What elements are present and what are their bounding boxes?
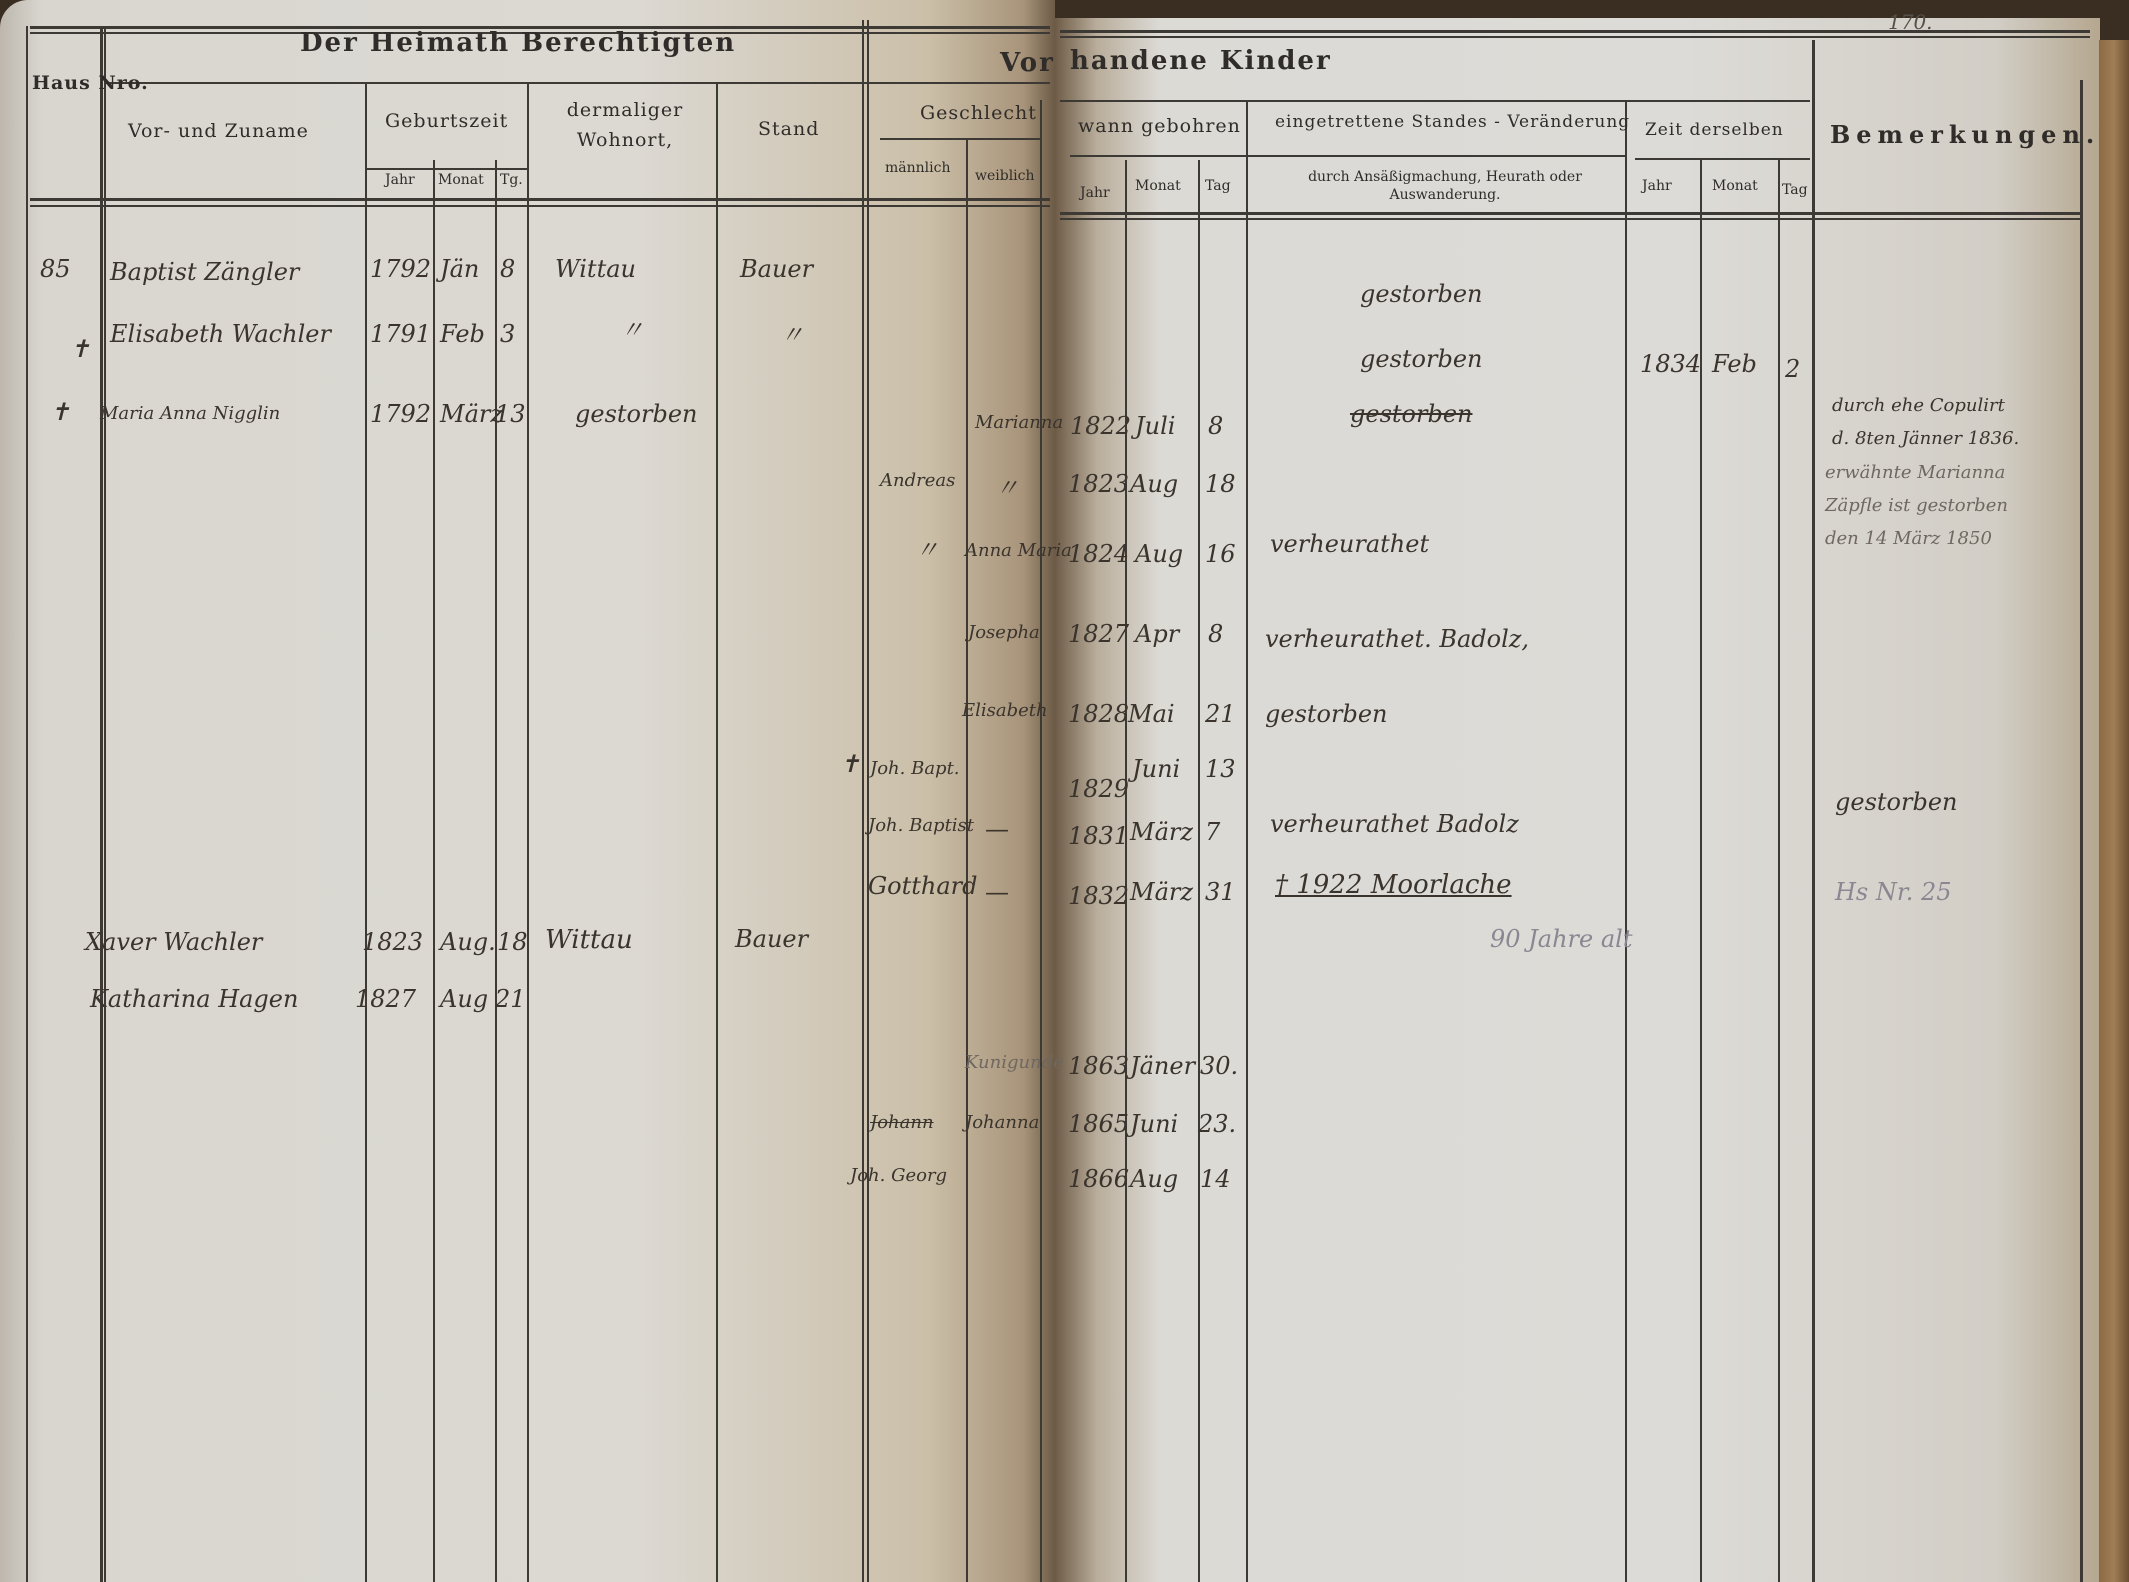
child-8-male: Gotthard (868, 872, 978, 900)
parent-1-month: Jän (440, 255, 479, 283)
change-note-3: gestorben (1350, 400, 1472, 428)
header-bottom-rule-left (30, 198, 1050, 201)
parent-2-status: 〃 (780, 315, 804, 350)
top-rule-right-2 (1060, 36, 2090, 38)
family2-child-2-month: Juni (1130, 1110, 1178, 1138)
child-1-month: Juli (1135, 412, 1175, 440)
remark-1-line-1: durch ehe Copulirt (1832, 395, 2005, 416)
child-1-female: Marianna (975, 412, 1063, 433)
col-line-born-day (1246, 100, 1248, 1582)
child-3-change: verheurathet (1270, 530, 1429, 558)
header-birth-year: Jahr (385, 172, 415, 188)
remark-3: Hs Nr. 25 (1835, 878, 1952, 906)
header-bottom-rule-right-2 (1060, 218, 2080, 220)
title-rule-right (1060, 100, 1810, 102)
parent-2-day: 3 (500, 320, 515, 348)
birth-sub-rule (365, 168, 527, 170)
col-line-haus (100, 26, 103, 1582)
family2-child-3-month: Aug (1130, 1165, 1178, 1193)
top-rule-right (1060, 30, 2090, 33)
remark-1-line-5: den 14 März 1850 (1825, 528, 1992, 549)
born-sub-rule (1070, 155, 1265, 157)
parent-2-year: 1791 (370, 320, 431, 348)
col-line-time-month (1778, 160, 1780, 1582)
header-bottom-rule-right (1060, 212, 2080, 215)
parent-3-month: März (440, 400, 503, 428)
child-2-male: Andreas (880, 470, 955, 491)
col-line-name (365, 82, 367, 1582)
margin-line-right (2080, 80, 2083, 1582)
family2-child-2-day: 23. (1198, 1110, 1236, 1138)
header-male: männlich (885, 160, 950, 176)
header-birth-day: Tg. (500, 172, 523, 188)
header-change: eingetrettene Standes - Veränderung (1275, 112, 1630, 132)
family2-child-2-male: Johann (870, 1112, 934, 1133)
family2-child-1-month: Jäner (1130, 1052, 1195, 1080)
family2-parent-1-status: Bauer (735, 925, 808, 953)
child-4-female: Josepha (968, 622, 1040, 643)
child-4-change: verheurathet. Badolz, (1265, 625, 1529, 653)
change-sub-rule (1265, 155, 1625, 157)
change-time-month: Feb (1712, 350, 1757, 378)
family2-parent-1-residence: Wittau (545, 925, 633, 955)
child-6-male: Joh. Bapt. (870, 758, 960, 779)
child-5-female: Elisabeth (962, 700, 1048, 721)
child-4-day: 8 (1208, 620, 1223, 648)
header-born-year: Jahr (1080, 185, 1110, 201)
header-born: wann gebohren (1078, 115, 1241, 137)
parent-3-residence: gestorben (575, 400, 697, 428)
change-note-2: gestorben (1360, 345, 1482, 373)
col-line-haus-2 (104, 26, 106, 1582)
section-title-right: handene Kinder (1070, 46, 1332, 76)
family2-child-3-year: 1866 (1068, 1165, 1129, 1193)
family2-child-2-female: Johanna (965, 1112, 1039, 1133)
family2-parent-1-month: Aug. (440, 928, 496, 956)
col-line-time-day (1812, 40, 1815, 1582)
header-time-month: Monat (1712, 178, 1758, 194)
col-line-residence (716, 82, 718, 1582)
col-line-year (433, 160, 435, 1582)
parent-2-mark: ✝ (70, 335, 90, 363)
child-4-month: Apr (1135, 620, 1179, 648)
family2-child-1-year: 1863 (1068, 1052, 1129, 1080)
col-line-born-month (1198, 160, 1200, 1582)
child-4-year: 1827 (1068, 620, 1129, 648)
child-5-change: gestorben (1265, 700, 1387, 728)
family2-child-3-male: Joh. Georg (850, 1165, 947, 1186)
child-8-female: — (985, 878, 1009, 906)
header-time: Zeit derselben (1645, 120, 1784, 140)
child-2-month: Aug (1130, 470, 1178, 498)
header-residence: dermaliger Wohnort, (560, 95, 690, 155)
child-7-day: 7 (1205, 818, 1220, 846)
child-6-month: Juni (1132, 755, 1180, 783)
family2-parent-2-month: Aug (440, 985, 488, 1013)
header-haus: Haus Nro. (32, 72, 149, 94)
title-rule-left (105, 82, 1050, 84)
parent-1-status: Bauer (740, 255, 813, 283)
remark-1-line-3: erwähnte Marianna (1825, 462, 2005, 483)
col-line-male (966, 140, 968, 1582)
parent-3-name: Maria Anna Nigglin (100, 403, 280, 424)
child-6-day: 13 (1205, 755, 1236, 783)
header-remarks: Bemerkungen. (1830, 120, 2100, 149)
child-5-day: 21 (1205, 700, 1236, 728)
family2-parent-1-year: 1823 (362, 928, 423, 956)
family2-parent-2-name: Katharina Hagen (90, 985, 298, 1013)
parent-3-day: 13 (495, 400, 526, 428)
family2-child-3-day: 14 (1200, 1165, 1231, 1193)
time-sub-rule (1635, 158, 1810, 160)
col-line-female (1040, 100, 1042, 1582)
child-6-year: 1829 (1068, 775, 1129, 803)
parent-1-year: 1792 (370, 255, 431, 283)
change-note-1: gestorben (1360, 280, 1482, 308)
page-number: 170. (1888, 10, 1933, 34)
child-8-year: 1832 (1068, 882, 1129, 910)
change-time-year: 1834 (1640, 350, 1701, 378)
book-edge (2099, 40, 2129, 1582)
child-7-month: März (1130, 818, 1193, 846)
parent-1-day: 8 (500, 255, 515, 283)
family2-child-1-female: Kunigunde (965, 1052, 1064, 1073)
child-8-change: † 1922 Moorlache (1275, 870, 1512, 900)
remark-1-line-4: Zäpfle ist gestorben (1825, 495, 2008, 516)
header-sex: Geschlecht (920, 102, 1037, 124)
child-7-year: 1831 (1068, 822, 1129, 850)
child-3-month: Aug (1135, 540, 1183, 568)
col-line-month (495, 160, 497, 1582)
child-3-female: Anna Maria (965, 540, 1072, 561)
age-note: 90 Jahre alt (1490, 925, 1633, 953)
parent-2-month: Feb (440, 320, 485, 348)
child-2-day: 18 (1205, 470, 1236, 498)
section-title-continuation: Vor (1000, 48, 1055, 78)
child-2-female: 〃 (995, 468, 1019, 503)
child-5-month: Mai (1128, 700, 1175, 728)
child-7-change: verheurathet Badolz (1270, 810, 1519, 838)
family2-parent-1-name: Xaver Wachler (85, 928, 262, 956)
child-8-day: 31 (1205, 878, 1236, 906)
header-name: Vor- und Zuname (128, 120, 309, 142)
parent-2-name: Elisabeth Wachler (110, 320, 331, 348)
family2-child-1-day: 30. (1200, 1052, 1238, 1080)
col-line-status (862, 20, 864, 1582)
parent-3-year: 1792 (370, 400, 431, 428)
family2-parent-1-day: 18 (497, 928, 528, 956)
header-bottom-rule-left-2 (30, 205, 1050, 207)
child-2-year: 1823 (1068, 470, 1129, 498)
header-born-month: Monat (1135, 178, 1181, 194)
child-5-year: 1828 (1068, 700, 1129, 728)
child-8-month: März (1130, 878, 1193, 906)
family2-parent-2-year: 1827 (355, 985, 416, 1013)
child-3-day: 16 (1205, 540, 1236, 568)
remark-1-line-2: d. 8ten Jänner 1836. (1832, 428, 2019, 449)
header-birth-month: Monat (438, 172, 484, 188)
header-birth: Geburtszeit (385, 110, 508, 132)
margin-line-left (26, 26, 28, 1582)
parent-1-name: Baptist Zängler (110, 258, 299, 286)
col-line-status-2 (867, 20, 869, 1582)
header-change-sub: durch Ansäßigmachung, Heurath oder Auswa… (1270, 168, 1620, 204)
house-number: 85 (40, 255, 71, 283)
child-1-year: 1822 (1070, 412, 1131, 440)
col-line-change (1625, 100, 1627, 1582)
col-line-born-year (1125, 160, 1127, 1582)
child-3-male: 〃 (915, 530, 939, 565)
child-6-mark: ✝ (840, 750, 860, 778)
header-female: weiblich (975, 168, 1035, 184)
section-title-left: Der Heimath Berechtigten (300, 28, 736, 58)
family2-parent-2-day: 21 (495, 985, 526, 1013)
child-7-male: Joh. Baptist (868, 815, 974, 836)
parent-2-residence: 〃 (620, 310, 644, 345)
col-line-day (527, 82, 529, 1582)
parent-3-mark: ✝ (50, 398, 70, 426)
remark-2: gestorben (1835, 788, 1957, 816)
header-born-day: Tag (1205, 178, 1231, 194)
child-7-female: — (985, 815, 1009, 843)
parent-1-residence: Wittau (555, 255, 636, 283)
family2-child-2-year: 1865 (1068, 1110, 1129, 1138)
child-3-year: 1824 (1068, 540, 1129, 568)
child-1-day: 8 (1208, 412, 1223, 440)
header-time-year: Jahr (1642, 178, 1672, 194)
header-status: Stand (758, 118, 819, 140)
change-time-day: 2 (1785, 355, 1800, 383)
header-time-day: Tag (1782, 182, 1808, 198)
sex-sub-rule (880, 138, 1040, 140)
